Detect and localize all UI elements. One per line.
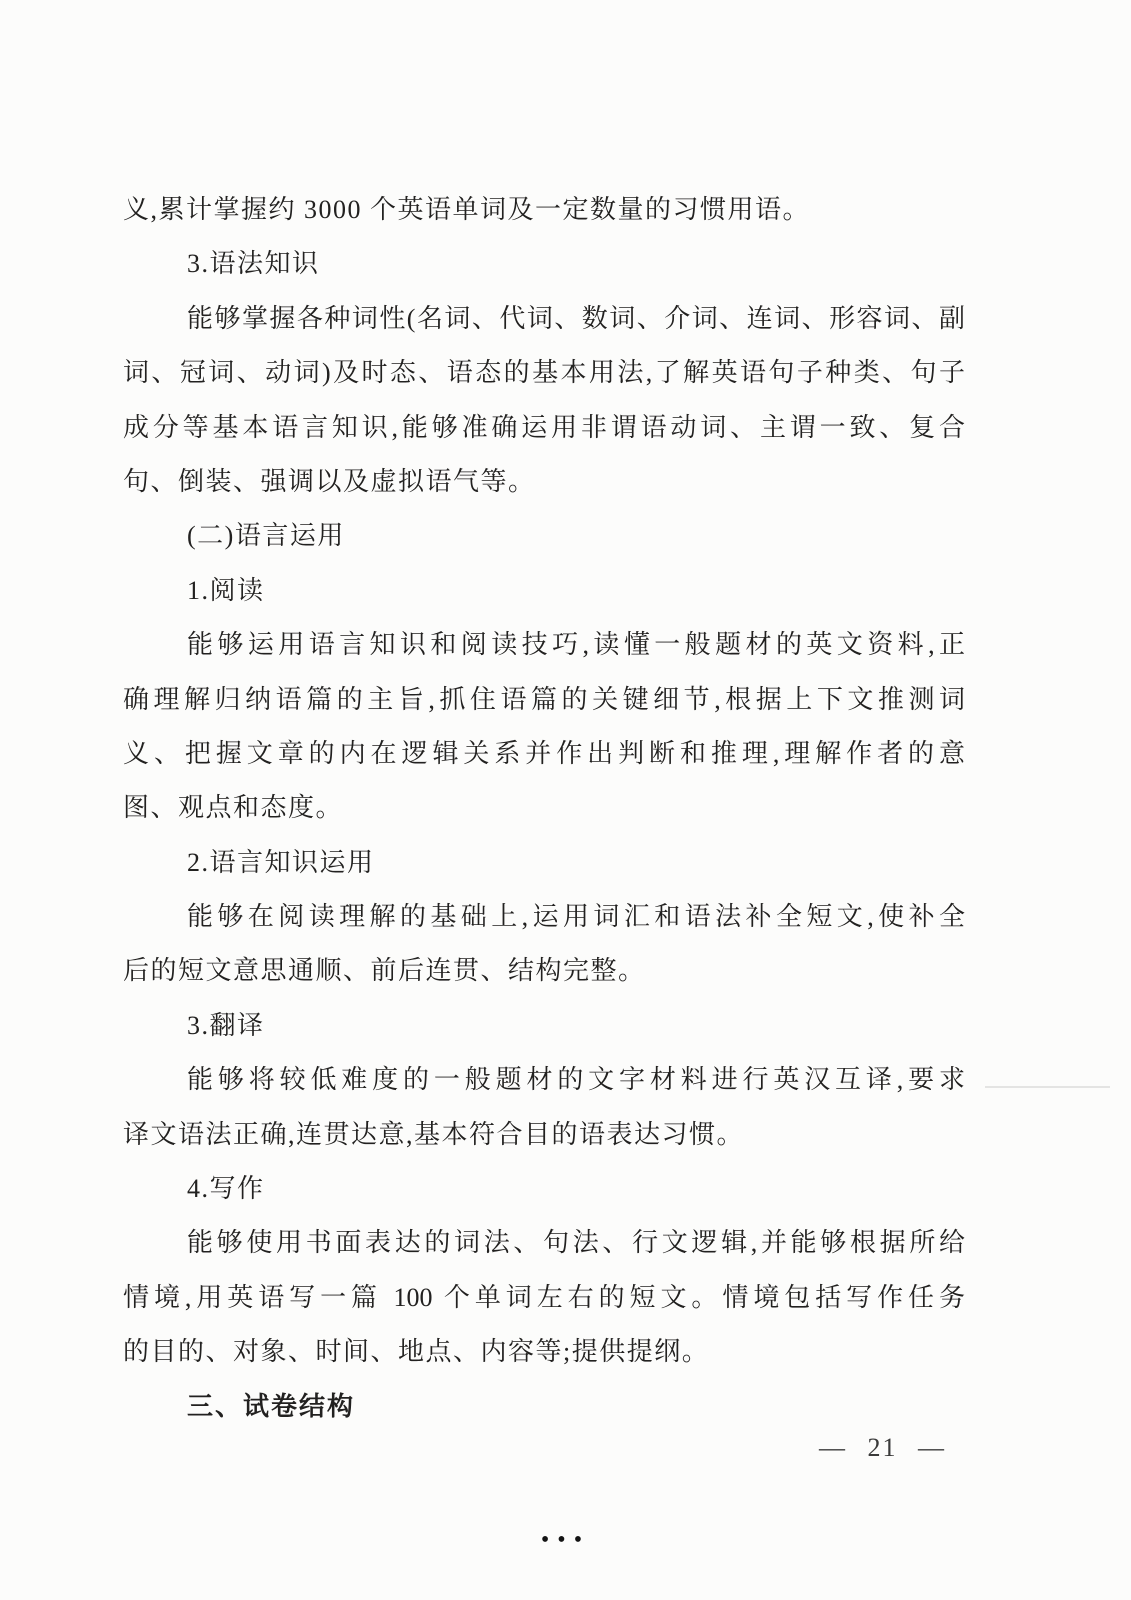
document-page: 义,累计掌握约 3000 个英语单词及一定数量的习惯用语。 3.语法知识 能够掌…	[0, 0, 1131, 1600]
text-line: 成分等基本语言知识,能够准确运用非谓语动词、主谓一致、复合	[123, 401, 965, 455]
list-item-label: 3.语法知识	[123, 237, 965, 291]
text-line: 图、观点和态度。	[123, 781, 965, 835]
text-line: 的目的、对象、时间、地点、内容等;提供提纲。	[123, 1325, 965, 1379]
text-line: 词、冠词、动词)及时态、语态的基本用法,了解英语句子种类、句子	[123, 346, 965, 400]
list-item-label: 4.写作	[123, 1162, 965, 1216]
text-line: 能够使用书面表达的词法、句法、行文逻辑,并能够根据所给	[123, 1216, 965, 1270]
text-line: 译文语法正确,连贯达意,基本符合目的语表达习惯。	[123, 1108, 965, 1162]
subsection-heading: (二)语言运用	[123, 509, 965, 563]
list-item-label: 3.翻译	[123, 999, 965, 1053]
text-line: 能够在阅读理解的基础上,运用词汇和语法补全短文,使补全	[123, 890, 965, 944]
text-line: 义,累计掌握约 3000 个英语单词及一定数量的习惯用语。	[123, 183, 965, 237]
text-line: 情境,用英语写一篇 100 个单词左右的短文。情境包括写作任务	[123, 1271, 965, 1325]
text-line: 能够掌握各种词性(名词、代词、数词、介词、连词、形容词、副	[123, 292, 965, 346]
page-number: — 21 —	[795, 1428, 970, 1468]
list-item-label: 2.语言知识运用	[123, 836, 965, 890]
text-line: 句、倒装、强调以及虚拟语气等。	[123, 455, 965, 509]
document-body: 义,累计掌握约 3000 个英语单词及一定数量的习惯用语。 3.语法知识 能够掌…	[123, 183, 965, 1434]
text-line: 能够运用语言知识和阅读技巧,读懂一般题材的英文资料,正	[123, 618, 965, 672]
text-line: 确理解归纳语篇的主旨,抓住语篇的关键细节,根据上下文推测词	[123, 673, 965, 727]
text-line: 能够将较低难度的一般题材的文字材料进行英汉互译,要求	[123, 1053, 965, 1107]
scan-artifact-line	[985, 1086, 1110, 1088]
list-item-label: 1.阅读	[123, 564, 965, 618]
footer-dots: •••	[0, 1527, 1131, 1554]
text-line: 后的短文意思通顺、前后连贯、结构完整。	[123, 944, 965, 998]
section-heading: 三、试卷结构	[123, 1380, 965, 1434]
text-line: 义、把握文章的内在逻辑关系并作出判断和推理,理解作者的意	[123, 727, 965, 781]
